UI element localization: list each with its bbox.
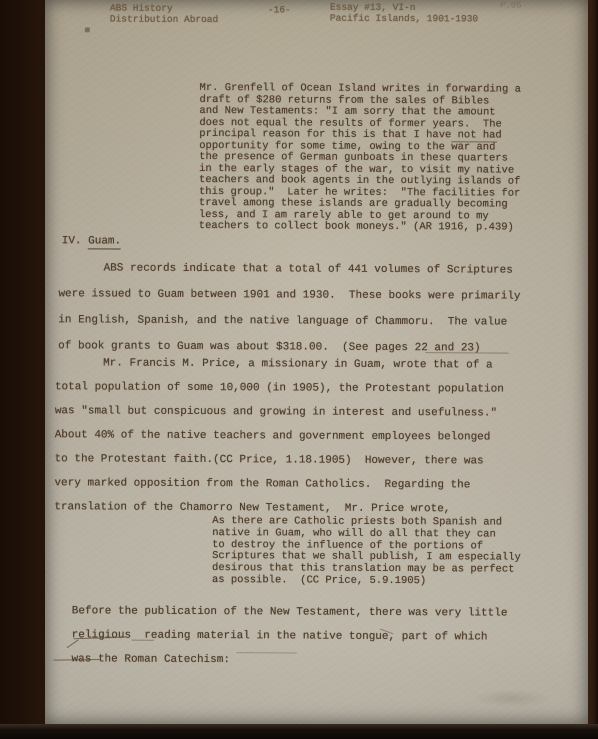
text-line: Before the publication of the New Testam… xyxy=(72,599,564,626)
page-number: -16- xyxy=(268,4,291,15)
text-line: religious reading material in the native… xyxy=(72,623,564,650)
text-line: Mr. Francis M. Price, a missionary in Gu… xyxy=(55,351,547,378)
text-line: in English, Spanish, and the native lang… xyxy=(58,307,550,336)
essay-reference: Essay #13, VI-n Pacific Islands, 1901-19… xyxy=(330,2,478,25)
paragraph-price: Mr. Francis M. Price, a missionary in Gu… xyxy=(54,351,547,522)
block-quote-grenfell: Mr. Grenfell of Ocean Island writes in f… xyxy=(199,83,540,234)
section-heading-title: Guam. xyxy=(88,235,121,249)
document-page: ABS History Distribution Abroad -16- Ess… xyxy=(45,0,588,724)
document-photo: ABS History Distribution Abroad -16- Ess… xyxy=(0,0,598,739)
text-line: was the Roman Catechism: xyxy=(71,647,563,674)
essay-reference-line2: Pacific Islands, 1901-1930 xyxy=(330,13,478,25)
section-heading: IV. Guam. xyxy=(62,235,121,247)
paragraph-catechism: Before the publication of the New Testam… xyxy=(71,599,563,674)
essay-reference-line1: Essay #13, VI-n xyxy=(330,2,478,14)
text-line: was "small but conspicuous and growing i… xyxy=(55,399,547,426)
text-line: very marked opposition from the Roman Ca… xyxy=(54,471,546,498)
pencil-speck xyxy=(85,27,90,32)
paragraph-abs-records: ABS records indicate that a total of 441… xyxy=(58,255,551,362)
quote-line: as possible. (CC Price, 5.9.1905) xyxy=(212,575,542,589)
text-line: ABS records indicate that a total of 441… xyxy=(59,255,551,284)
paper-smudge xyxy=(471,689,551,707)
text-line: to the Protestant faith.(CC Price, 1.18.… xyxy=(55,447,547,474)
photo-edge-right xyxy=(588,0,598,739)
running-title-line1: ABS History xyxy=(110,2,218,14)
running-title-line2: Distribution Abroad xyxy=(110,13,218,25)
quote-line: teachers to collect book moneys." (AR 19… xyxy=(199,221,539,234)
pencil-underline-reading xyxy=(132,640,154,641)
page-content: ABS History Distribution Abroad -16- Ess… xyxy=(41,0,588,726)
running-title: ABS History Distribution Abroad xyxy=(110,2,218,25)
corner-page-marker: P.06 xyxy=(500,1,522,11)
section-heading-number: IV. xyxy=(62,235,88,247)
text-line: total population of some 10,000 (in 1905… xyxy=(55,375,547,402)
block-quote-price: As there are Catholic priests both Spani… xyxy=(212,516,542,589)
text-line: About 40% of the native teachers and gov… xyxy=(55,423,547,450)
text-line: were issued to Guam between 1901 and 193… xyxy=(58,281,550,310)
photo-edge-bottom xyxy=(0,724,598,739)
